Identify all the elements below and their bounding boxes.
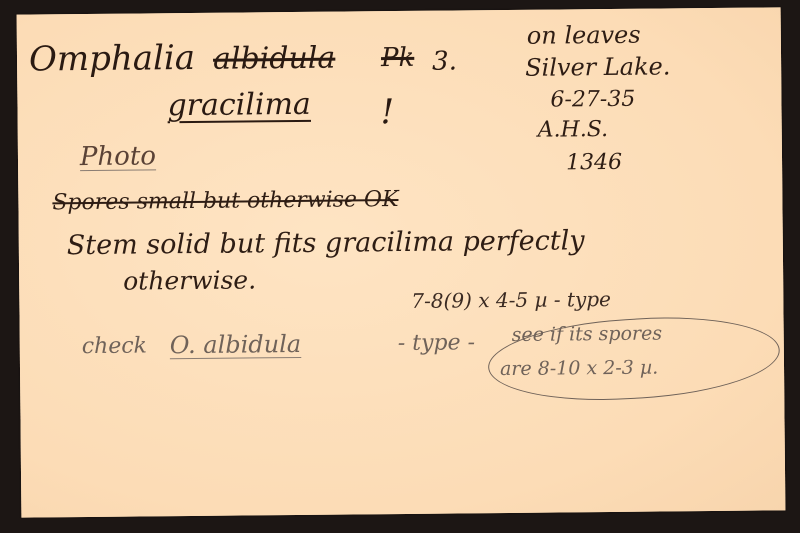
substrate-text: on leaves <box>527 23 641 48</box>
circled-note-line-2: are 8-10 x 2-3 µ. <box>500 359 658 380</box>
check-species: O. albidula <box>170 332 302 357</box>
check-label: check <box>82 335 147 358</box>
collector-initials: A.H.S. <box>538 119 609 142</box>
spore-measurement: 7-8(9) x 4-5 µ - type <box>411 289 611 311</box>
card-number: 3. <box>432 48 457 74</box>
stem-note-line-1: Stem solid but fits gracilima perfectly <box>67 227 585 259</box>
new-species-name: gracilima <box>167 90 311 121</box>
locality-text: Silver Lake. <box>525 54 671 79</box>
struck-authority: Pk <box>381 45 414 71</box>
circled-note-line-1: see if its spores <box>512 324 663 344</box>
struck-spore-note: Spores small but otherwise OK <box>52 189 398 214</box>
collection-date: 6-27-35 <box>550 89 635 112</box>
genus-name: Omphalia <box>29 41 195 77</box>
collection-number: 1346 <box>566 152 622 175</box>
struck-species-name: albidula <box>213 44 336 75</box>
stem-note-line-2: otherwise. <box>123 267 256 293</box>
herbarium-card: Omphalia albidula Pk 3. gracilima ! on l… <box>17 7 786 517</box>
check-type-label: - type - <box>398 332 475 355</box>
exclamation-mark: ! <box>380 95 394 129</box>
photo-note: Photo <box>80 143 156 170</box>
